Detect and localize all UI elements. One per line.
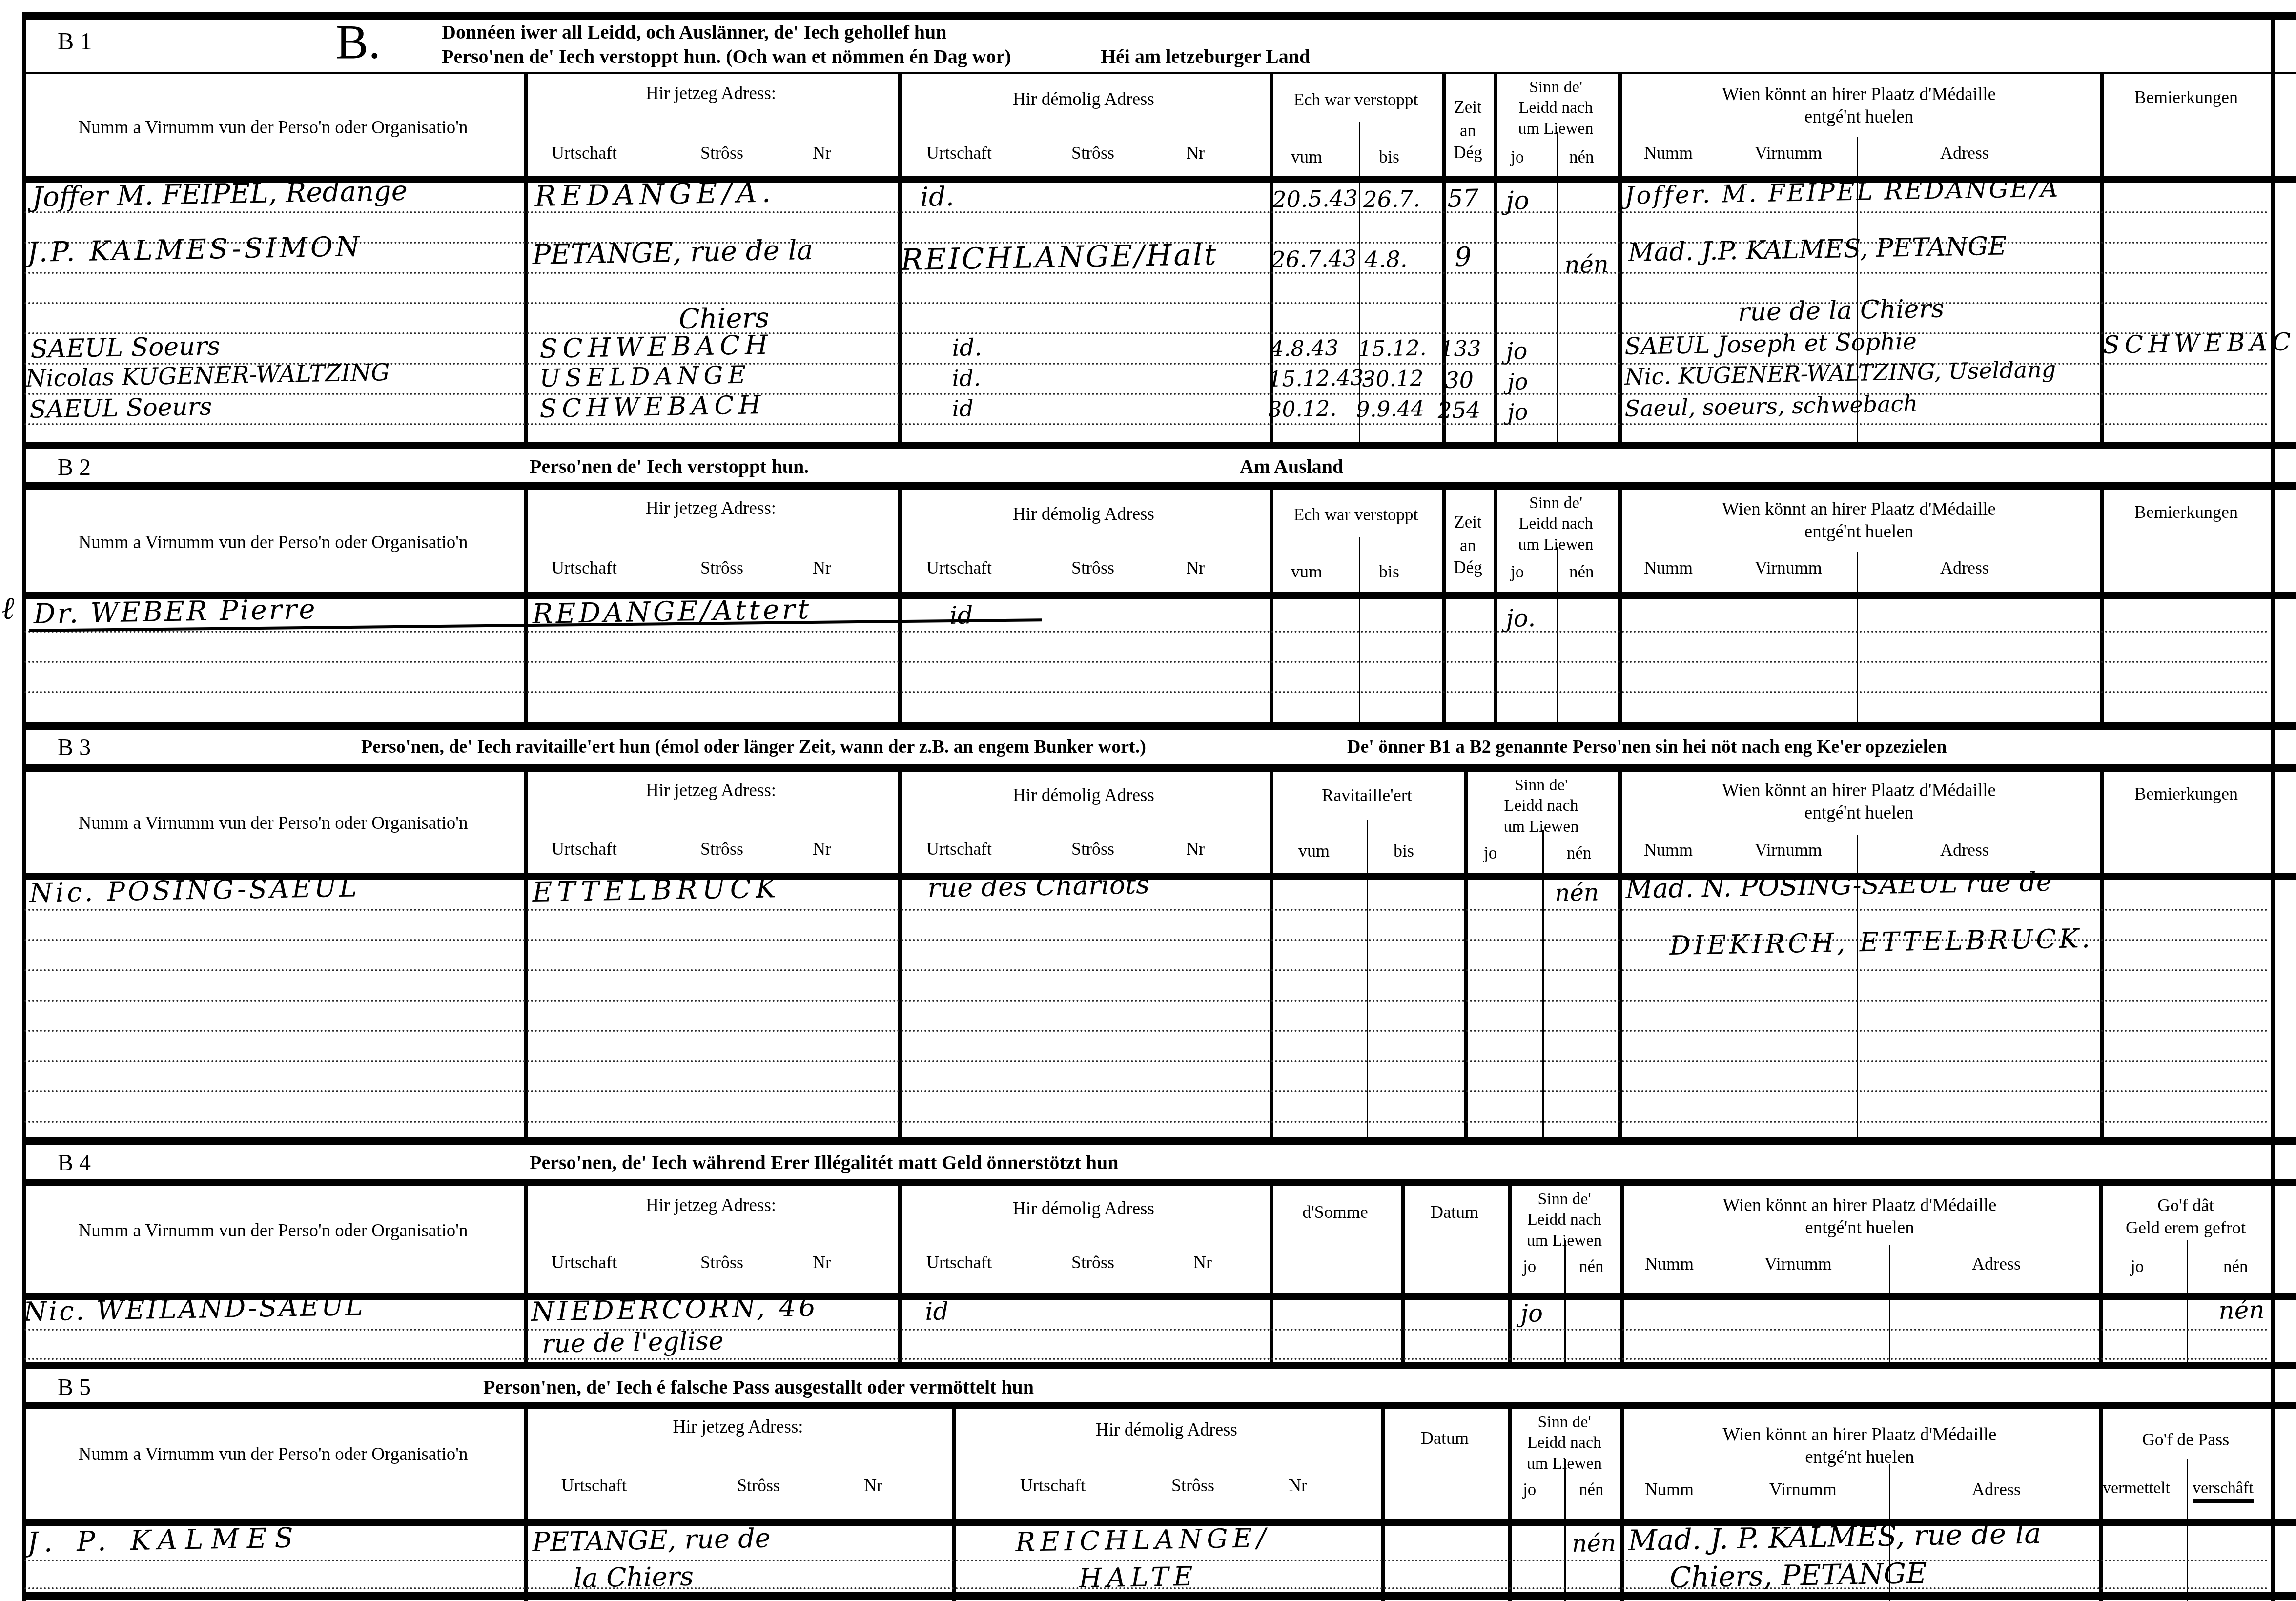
b1-col-sinn3: um Liewen xyxy=(1494,120,1618,138)
b4-col-gof2: Geld erem gefrot xyxy=(2099,1217,2273,1238)
b3-col-line xyxy=(524,772,528,1137)
b1-col-vum: vum xyxy=(1291,146,1322,167)
b1-col-nr2: Nr xyxy=(1186,143,1205,163)
b1-r3-jo: jo xyxy=(1506,337,1528,365)
b1-r1-name: Joffer M. FEIPEL, Redange xyxy=(32,175,408,213)
b1-r3-bem: SCHWEBACH xyxy=(2103,327,2296,359)
b5-col-numm: Numm xyxy=(1645,1479,1694,1499)
b1-r3-wien: SAEUL Joseph et Sophie xyxy=(1624,328,1917,360)
b2-col-stross: Strôss xyxy=(700,557,743,578)
b3-col-bis: bis xyxy=(1394,841,1414,861)
b5-row-demolig2: HALTE xyxy=(1079,1561,1198,1594)
b3-row-wien: Mad. N. POSING-SAEUL rue de xyxy=(1625,866,2052,904)
b2-col-urtschaft: Urtschaft xyxy=(552,557,617,578)
b4-col-urtschaft2: Urtschaft xyxy=(926,1252,992,1273)
b2-col-nr2: Nr xyxy=(1186,557,1205,578)
b1-title-line2: Perso'nen de' Iech verstoppt hun. (Och w… xyxy=(442,45,1011,68)
dotted-line xyxy=(24,1090,2270,1092)
b2-top-bar xyxy=(22,442,2296,449)
bottom-bar xyxy=(22,1592,2296,1600)
b1-r1-vum: 20.5.43 xyxy=(1272,185,1358,213)
b5-col-stross2: Strôss xyxy=(1171,1475,1214,1496)
dotted-line xyxy=(24,909,2270,911)
b3-col-ravitailleert: Ravitaille'ert xyxy=(1270,785,1464,805)
b5-row-name: J. P. KALMES xyxy=(27,1522,301,1559)
b5-col-name: Numm a Virnumm vun der Perso'n oder Orga… xyxy=(22,1444,524,1465)
b1-col-stross: Strôss xyxy=(700,143,743,163)
dotted-line xyxy=(24,1060,2270,1062)
b2-label: B 2 xyxy=(58,454,91,481)
b3-col-numm: Numm xyxy=(1644,840,1693,860)
b3-title-bottom-bar xyxy=(22,764,2296,772)
b3-col-line xyxy=(1270,772,1273,1137)
dotted-line xyxy=(24,1560,2270,1561)
b1-r2-wien2: rue de la Chiers xyxy=(1738,294,1945,327)
b2-virnumm-adress-divider xyxy=(1857,552,1858,722)
b1-col-virnumm: Virnumm xyxy=(1755,143,1822,163)
b5-col-demolig: Hir démolig Adress xyxy=(952,1419,1381,1440)
b2-title-bottom-bar xyxy=(22,482,2296,490)
b5-row-jetzeg2: la Chiers xyxy=(574,1561,694,1594)
b4-col-gof1: Go'f dât xyxy=(2099,1195,2273,1215)
b1-r4-bis: 30.12 xyxy=(1362,366,1424,392)
b3-col-nen: nén xyxy=(1567,843,1592,863)
b4-col-jo: jo xyxy=(1523,1257,1536,1276)
b2-title2: Am Ausland xyxy=(1240,455,1343,478)
b3-col-bemierkungen: Bemierkungen xyxy=(2100,783,2273,804)
b2-jo-nen-divider xyxy=(1557,547,1558,722)
b2-col-name: Numm a Virnumm vun der Perso'n oder Orga… xyxy=(22,532,524,553)
b3-col-urtschaft: Urtschaft xyxy=(552,839,617,859)
b1-r5-wien: Saeul, soeurs, schwebach xyxy=(1624,390,1918,422)
b5-title-bottom-bar xyxy=(22,1402,2296,1409)
b3-col-line xyxy=(898,772,902,1137)
b3-title2: De' önner B1 a B2 genannte Perso'nen sin… xyxy=(1347,736,1947,758)
b2-col-bemierkungen: Bemierkungen xyxy=(2100,502,2273,522)
dotted-line xyxy=(24,631,2270,633)
b1-r1-bis: 26.7. xyxy=(1363,185,1420,213)
b4-jo-nen-divider xyxy=(1564,1240,1566,1362)
b5-col-nr2: Nr xyxy=(1289,1475,1307,1496)
b2-col-sinn1: Sinn de' xyxy=(1494,494,1618,513)
b4-title: Perso'nen, de' Iech während Erer Illégal… xyxy=(530,1151,1119,1174)
b2-col-zeit3: Dég xyxy=(1442,558,1494,577)
dotted-line xyxy=(24,393,2270,395)
b3-vum-bis-divider xyxy=(1367,820,1368,1137)
b5-label: B 5 xyxy=(58,1374,91,1401)
b1-col-line xyxy=(1618,74,1622,442)
b1-col-jetzeg: Hir jetzeg Adress: xyxy=(524,83,898,104)
b2-col-zeit2: an xyxy=(1442,536,1494,555)
b1-col-stross2: Strôss xyxy=(1071,143,1114,163)
b1-col-name: Numm a Virnumm vun der Perso'n oder Orga… xyxy=(22,117,524,138)
b2-col-medal1: Wien könnt an hirer Plaatz d'Médaille xyxy=(1618,499,2100,520)
scanned-form-page: B 1 B. Donnéen iwer all Leidd, och Auslä… xyxy=(0,0,2296,1601)
b1-r5-name: SAEUL Soeurs xyxy=(29,392,212,424)
b4-row-demolig: id xyxy=(925,1297,949,1326)
dotted-line xyxy=(24,1121,2270,1123)
b4-col-adress: Adress xyxy=(1972,1253,2021,1274)
dotted-line xyxy=(24,969,2270,971)
b1-title-line1: Donnéen iwer all Leidd, och Auslänner, d… xyxy=(442,21,947,43)
b2-col-adress: Adress xyxy=(1940,557,1989,578)
b2-col-stross2: Strôss xyxy=(1071,557,1114,578)
b2-col-demolig: Hir démolig Adress xyxy=(898,504,1270,525)
dotted-line xyxy=(24,423,2270,425)
b2-col-urtschaft2: Urtschaft xyxy=(926,557,992,578)
b3-row-jetzeg: ETTELBRUCK xyxy=(532,872,781,908)
b1-r2-demolig: REICHLANGE/Halt xyxy=(901,238,1218,277)
b1-r1-jo: jo xyxy=(1506,186,1529,216)
b4-label: B 4 xyxy=(58,1149,91,1176)
b4-col-gof-jo: jo xyxy=(2131,1257,2144,1276)
b2-header-bottom-bar xyxy=(22,592,2296,599)
b5-col-sinn3: um Liewen xyxy=(1508,1455,1620,1473)
b4-col-name: Numm a Virnumm vun der Perso'n oder Orga… xyxy=(22,1220,524,1241)
b1-r3-vum: 4.8.43 xyxy=(1270,336,1339,362)
b5-col-datum: Datum xyxy=(1381,1428,1508,1448)
b4-col-demolig: Hir démolig Adress xyxy=(898,1198,1270,1219)
b4-row-jetzeg2: rue de l'eglise xyxy=(542,1327,724,1359)
dotted-line xyxy=(24,332,2270,334)
b1-r3-zeit: 133 xyxy=(1440,336,1481,362)
b5-row-demolig: REICHLANGE/ xyxy=(1015,1522,1271,1558)
b2-col-jetzeg: Hir jetzeg Adress: xyxy=(524,498,898,519)
b1-title-underline xyxy=(22,72,2296,74)
b3-col-medal1: Wien könnt an hirer Plaatz d'Médaille xyxy=(1618,780,2100,801)
b5-row-wien2: Chiers, PETANGE xyxy=(1669,1557,1927,1594)
b5-col-gof-pass: Go'f de Pass xyxy=(2099,1429,2273,1450)
b1-col-medal1: Wien könnt an hirer Plaatz d'Médaille xyxy=(1618,84,2100,105)
b5-col-jo: jo xyxy=(1523,1480,1536,1499)
b2-col-line xyxy=(2100,490,2104,722)
b1-col-demolig: Hir démolig Adress xyxy=(898,89,1270,110)
b1-col-nen: nén xyxy=(1569,147,1594,167)
b5-row-jetzeg: PETANGE, rue de xyxy=(532,1522,771,1558)
b1-col-jo: jo xyxy=(1511,147,1524,167)
dotted-line xyxy=(24,1358,2270,1360)
b4-col-medal1: Wien könnt an hirer Plaatz d'Médaille xyxy=(1620,1195,2099,1216)
dotted-line xyxy=(24,1030,2270,1032)
b2-col-medal2: entgé'nt huelen xyxy=(1618,521,2100,542)
b4-col-sinn3: um Liewen xyxy=(1508,1232,1620,1250)
b1-col-zeit3: Dég xyxy=(1442,143,1494,163)
b5-pass-divider xyxy=(2187,1459,2188,1601)
b5-col-sinn2: Leidd nach xyxy=(1508,1434,1620,1452)
b4-col-nr: Nr xyxy=(813,1252,831,1273)
b1-r5-zeit: 254 xyxy=(1437,396,1481,424)
b3-col-virnumm: Virnumm xyxy=(1755,840,1822,860)
b5-title: Person'nen, de' Iech é falsche Pass ausg… xyxy=(483,1375,1034,1398)
b5-col-urtschaft: Urtschaft xyxy=(561,1475,627,1496)
b5-col-sinn1: Sinn de' xyxy=(1508,1413,1620,1432)
b5-row-nen: nén xyxy=(1572,1529,1616,1558)
b3-col-line xyxy=(2100,772,2104,1137)
b4-gefrot-divider xyxy=(2187,1240,2188,1362)
b1-r2-nen: nén xyxy=(1564,250,1609,279)
b2-title: Perso'nen de' Iech verstoppt hun. xyxy=(530,455,809,478)
b2-col-jo: jo xyxy=(1511,562,1524,582)
b1-r1-jetzeg: REDANGE/A. xyxy=(534,175,776,213)
b1-r4-name: Nicolas KUGENER-WALTZING xyxy=(25,359,390,392)
b3-row-demolig: rue des Chariots xyxy=(927,869,1149,903)
b4-col-urtschaft: Urtschaft xyxy=(552,1252,617,1273)
b1-col-verstoppt: Ech war verstoppt xyxy=(1270,90,1442,110)
b3-col-line xyxy=(1618,772,1622,1137)
b1-r2-zeit: 9 xyxy=(1455,241,1472,272)
b1-label: B 1 xyxy=(58,27,92,55)
b4-virnumm-adress-divider xyxy=(1889,1245,1890,1362)
b1-r5-jo: jo xyxy=(1507,398,1528,425)
b4-top-bar xyxy=(22,1137,2296,1145)
b5-col-urtschaft2: Urtschaft xyxy=(1020,1475,1086,1496)
b1-r5-vum: 30.12. xyxy=(1268,396,1337,422)
b4-col-numm: Numm xyxy=(1645,1253,1694,1274)
b2-col-virnumm: Virnumm xyxy=(1755,557,1822,578)
b1-col-line xyxy=(2100,74,2104,442)
b1-r3-demolig: id. xyxy=(952,334,982,362)
b2-col-sinn3: um Liewen xyxy=(1494,535,1618,554)
b3-top-bar xyxy=(22,722,2296,730)
b2-col-zeit1: Zeit xyxy=(1442,513,1494,532)
b1-r1-demolig: id. xyxy=(920,181,954,212)
b5-col-vermettelt: vermettelt xyxy=(2103,1479,2170,1498)
b1-r2-jetzeg: PETANGE, rue de la xyxy=(532,234,813,271)
b3-col-urtschaft2: Urtschaft xyxy=(926,839,992,859)
b1-r4-vum: 15.12.43- xyxy=(1268,365,1372,392)
b2-col-verstoppt: Ech war verstoppt xyxy=(1270,505,1442,525)
b1-col-adress: Adress xyxy=(1940,143,1989,163)
b5-col-medal2: entgé'nt huelen xyxy=(1620,1447,2099,1468)
b1-r2-name: J.P. KALMES-SIMON xyxy=(27,231,363,268)
b3-col-medal2: entgé'nt huelen xyxy=(1618,802,2100,823)
b1-r4-demolig: id. xyxy=(952,365,981,391)
b3-label: B 3 xyxy=(58,734,91,761)
b4-row-name: Nic. WEILAND-SAEUL xyxy=(23,1291,365,1327)
b1-col-urtschaft2: Urtschaft xyxy=(926,143,992,163)
b3-col-nr: Nr xyxy=(813,839,831,859)
b2-row-jo: jo. xyxy=(1506,604,1536,633)
b5-col-nen: nén xyxy=(1579,1480,1604,1499)
b1-col-sinn2: Leidd nach xyxy=(1494,99,1618,117)
b2-col-bis: bis xyxy=(1379,561,1399,582)
dotted-line xyxy=(24,661,2270,663)
b5-col-medal1: Wien könnt an hirer Plaatz d'Médaille xyxy=(1620,1424,2099,1445)
b1-r5-bis: 9.9.44 xyxy=(1356,396,1425,422)
b1-r4-jetzeg: USELDANGE xyxy=(539,360,751,392)
b4-col-stross: Strôss xyxy=(700,1252,743,1273)
b1-r5-jetzeg: SCHWEBACH xyxy=(539,390,766,424)
b4-col-sinn1: Sinn de' xyxy=(1508,1190,1620,1209)
b4-row-jetzeg: NIEDERCORN, 46 xyxy=(531,1292,819,1327)
b1-r2-wien: Mad. J.P. KALMES, PETANGE xyxy=(1628,231,2007,267)
b2-col-numm: Numm xyxy=(1644,557,1693,578)
b5-col-verschaft: verschâft xyxy=(2193,1479,2254,1503)
b1-r1-zeit: 57 xyxy=(1447,184,1479,213)
b2-col-nen: nén xyxy=(1569,562,1594,582)
b1-col-nr: Nr xyxy=(813,143,831,163)
b5-col-virnumm: Virnumm xyxy=(1769,1479,1837,1499)
b4-row-jo: jo xyxy=(1520,1299,1543,1328)
b1-r4-zeit: 30 xyxy=(1445,367,1474,393)
dotted-line xyxy=(24,1329,2270,1331)
b3-col-adress: Adress xyxy=(1940,840,1989,860)
b1-r4-wien: Nic. KUGENER-WALTZING, Useldang xyxy=(1624,356,2056,390)
b1-col-zeit1: Zeit xyxy=(1442,98,1494,117)
b1-r4-jo: jo xyxy=(1507,368,1528,395)
b4-col-jetzeg: Hir jetzeg Adress: xyxy=(524,1195,898,1216)
b5-col-adress: Adress xyxy=(1972,1479,2021,1499)
b4-col-virnumm: Virnumm xyxy=(1764,1253,1832,1274)
b3-col-stross: Strôss xyxy=(700,839,743,859)
b1-col-line xyxy=(524,74,528,442)
b1-col-urtschaft: Urtschaft xyxy=(552,143,617,163)
b3-col-sinn1: Sinn de' xyxy=(1464,776,1618,795)
b2-col-line xyxy=(524,490,528,722)
b4-col-nr2: Nr xyxy=(1193,1252,1212,1273)
b1-col-bis: bis xyxy=(1379,146,1399,167)
b1-r2-bis: 4.8. xyxy=(1364,246,1408,273)
b1-col-medal2: entgé'nt huelen xyxy=(1618,106,2100,127)
b3-col-vum: vum xyxy=(1298,841,1330,861)
b2-col-sinn2: Leidd nach xyxy=(1494,514,1618,533)
b1-big-letter: B. xyxy=(336,14,381,70)
dotted-line xyxy=(24,1000,2270,1002)
b5-col-stross: Strôss xyxy=(737,1475,780,1496)
b1-col-numm: Numm xyxy=(1644,143,1693,163)
b4-col-nen: nén xyxy=(1579,1257,1604,1276)
b5-jo-nen-divider xyxy=(1564,1459,1566,1601)
b4-col-gof-nen: nén xyxy=(2223,1257,2248,1276)
b1-col-zeit2: an xyxy=(1442,121,1494,141)
b2-vum-bis-divider xyxy=(1359,537,1360,722)
b3-col-sinn2: Leidd nach xyxy=(1464,797,1618,815)
b3-col-demolig: Hir démolig Adress xyxy=(898,785,1270,806)
b5-col-nr: Nr xyxy=(864,1475,882,1496)
b1-col-bemierkungen: Bemierkungen xyxy=(2100,87,2273,107)
b1-r3-name: SAEUL Soeurs xyxy=(30,331,221,364)
b1-r3-bis: 15.12. xyxy=(1358,336,1427,362)
b4-row-gefrot-nen: nén xyxy=(2218,1295,2265,1325)
b5-col-jetzeg: Hir jetzeg Adress: xyxy=(524,1416,952,1437)
b4-col-dsomme: d'Somme xyxy=(1270,1202,1401,1222)
b3-row-wien2: DIEKIRCH, ETTELBRUCK. xyxy=(1669,923,2093,961)
dotted-line xyxy=(24,691,2270,693)
b3-row-nen: nén xyxy=(1555,879,1599,907)
b1-col-sinn1: Sinn de' xyxy=(1494,78,1618,97)
b2-row-name: Dr. WEBER Pierre xyxy=(33,594,317,630)
b4-col-datum: Datum xyxy=(1401,1202,1508,1222)
b3-title: Perso'nen, de' Iech ravitaille'ert hun (… xyxy=(361,736,1146,758)
dotted-line xyxy=(24,211,2270,213)
b3-col-stross2: Strôss xyxy=(1071,839,1114,859)
b2-col-nr: Nr xyxy=(813,557,831,578)
b1-r3-jetzeg: SCHWEBACH xyxy=(539,329,773,364)
b3-col-jo: jo xyxy=(1484,843,1497,863)
b3-col-name: Numm a Virnumm vun der Perso'n oder Orga… xyxy=(22,813,524,834)
b1-r2-vum: 26.7.43 xyxy=(1271,245,1357,273)
b5-row-wien: Mad. J. P. KALMES, rue de la xyxy=(1628,1517,2041,1557)
b3-col-jetzeg: Hir jetzeg Adress: xyxy=(524,780,898,801)
b3-col-nr2: Nr xyxy=(1186,839,1205,859)
b3-col-sinn3: um Liewen xyxy=(1464,818,1618,836)
b1-title-line2b: Héi am letzeburger Land xyxy=(1101,45,1310,68)
b2-row-demolig: id xyxy=(949,601,973,630)
b3-row-name: Nic. POSING-SAEUL xyxy=(29,872,360,908)
b4-col-medal2: entgé'nt huelen xyxy=(1620,1217,2099,1238)
b4-title-bottom-bar xyxy=(22,1179,2296,1186)
b5-col-line xyxy=(524,1409,528,1601)
b1-r5-demolig: id xyxy=(952,395,974,422)
b2-margin-mark: ℓ xyxy=(1,591,15,627)
b5-top-bar xyxy=(22,1362,2296,1369)
b2-col-vum: vum xyxy=(1291,561,1322,582)
b4-col-stross2: Strôss xyxy=(1071,1252,1114,1273)
b4-col-sinn2: Leidd nach xyxy=(1508,1211,1620,1229)
